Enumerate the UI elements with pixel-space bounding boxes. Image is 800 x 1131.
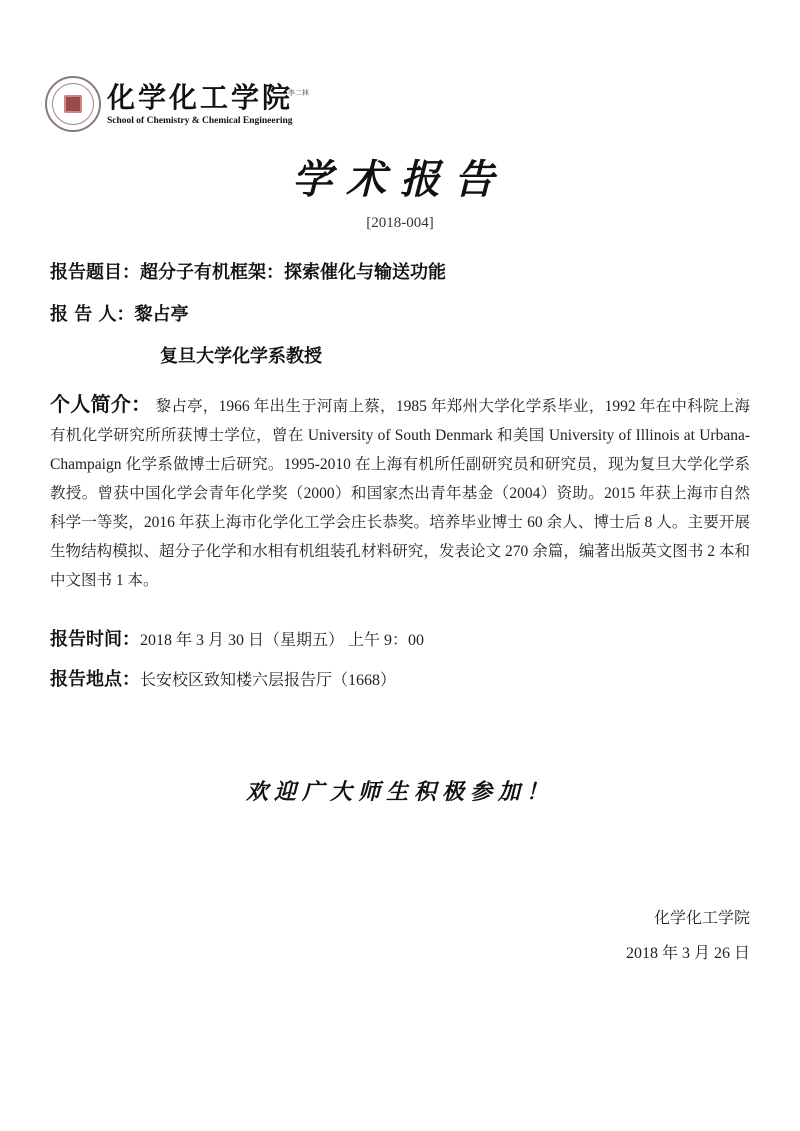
- time-label: 报告时间：: [50, 629, 140, 650]
- logo-chinese-name: 化学化工学院: [107, 82, 293, 114]
- speaker-row: 报 告 人：黎占亭: [50, 300, 189, 326]
- organizer-signature: 化学化工学院: [654, 905, 750, 928]
- bio-label: 个人简介：: [50, 392, 151, 416]
- school-logo: 化学化工学院 School of Chemistry & Chemical En…: [45, 76, 293, 132]
- topic-row: 报告题目：超分子有机框架：探索催化与输送功能: [50, 258, 446, 284]
- place-value: 长安校区致知楼六层报告厅（1668）: [140, 672, 396, 689]
- speaker-title: 复旦大学化学系教授: [160, 342, 322, 368]
- topic-label: 报告题目：: [50, 258, 140, 284]
- place-label: 报告地点：: [50, 669, 140, 690]
- topic-value: 超分子有机框架：探索催化与输送功能: [140, 262, 446, 283]
- reference-number: [2018-004]: [0, 215, 800, 232]
- speaker-label: 报 告 人：: [50, 300, 135, 326]
- bio-section: 个人简介：黎占亭，1966 年出生于河南上蔡，1985 年郑州大学化学系毕业，1…: [50, 390, 750, 595]
- bio-text: 黎占亭，1966 年出生于河南上蔡，1985 年郑州大学化学系毕业，1992 年…: [50, 398, 750, 589]
- welcome-message: 欢迎广大师生积极参加！: [0, 775, 800, 806]
- speaker-name: 黎占亭: [135, 304, 189, 325]
- page-title: 学术报告: [0, 148, 800, 205]
- time-value: 2018 年 3 月 30 日（星期五） 上午 9：00: [140, 632, 424, 649]
- logo-english-name: School of Chemistry & Chemical Engineeri…: [107, 116, 293, 126]
- place-row: 报告地点：长安校区致知楼六层报告厅（1668）: [50, 665, 396, 691]
- issue-date: 2018 年 3 月 26 日: [626, 940, 750, 963]
- time-row: 报告时间：2018 年 3 月 30 日（星期五） 上午 9：00: [50, 625, 424, 651]
- logo-signature: 李二林: [288, 88, 309, 98]
- university-seal-icon: [45, 76, 101, 132]
